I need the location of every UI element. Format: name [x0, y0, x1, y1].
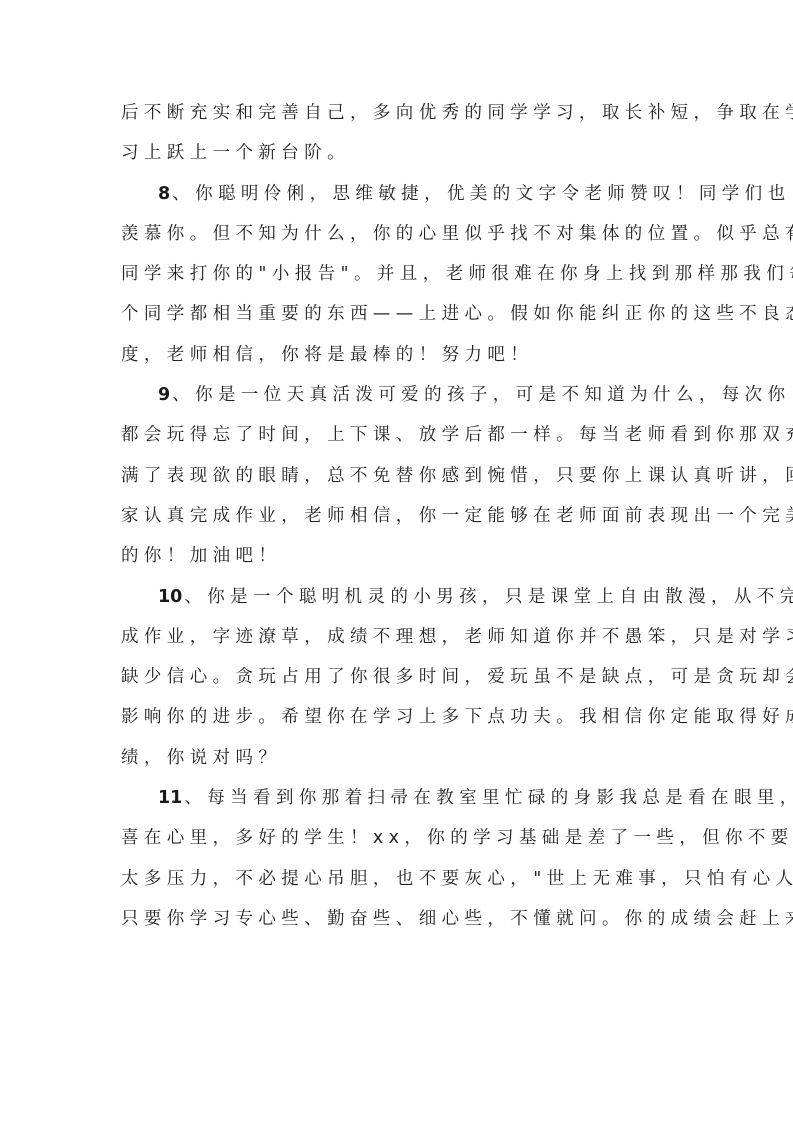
text-span: 、每当看到你那着扫帚在教室里忙碌的身影我总是看在眼里， — [184, 788, 793, 808]
text-line: 羡慕你。但不知为什么，你的心里似乎找不对集体的位置。似乎总有 — [121, 214, 681, 254]
paragraph-number: 9 — [158, 385, 170, 405]
text-line: 习上跃上一个新台阶。 — [121, 133, 681, 173]
comment-paragraph-11: 11、每当看到你那着扫帚在教室里忙碌的身影我总是看在眼里， 喜在心里，多好的学生… — [121, 778, 681, 939]
text-span: 、你是一个聪明机灵的小男孩，只是课堂上自由散漫，从不完 — [184, 587, 793, 607]
comment-paragraph-8: 8、你聪明伶俐，思维敏捷，优美的文字令老师赞叹！同学们也 羡慕你。但不知为什么，… — [121, 174, 681, 375]
text-line: 10、你是一个聪明机灵的小男孩，只是课堂上自由散漫，从不完 — [121, 577, 681, 617]
text-line: 都会玩得忘了时间，上下课、放学后都一样。每当老师看到你那双充 — [121, 415, 681, 455]
text-line: 影响你的进步。希望你在学习上多下点功夫。我相信你定能取得好成 — [121, 697, 681, 737]
text-line: 满了表现欲的眼睛，总不免替你感到惋惜，只要你上课认真听讲，回 — [121, 456, 681, 496]
document-page: 后不断充实和完善自己，多向优秀的同学学习，取长补短，争取在学 习上跃上一个新台阶… — [0, 0, 793, 1122]
text-line: 的你！加油吧！ — [121, 536, 681, 576]
text-line: 绩，你说对吗？ — [121, 738, 681, 778]
comment-paragraph-9: 9、你是一位天真活泼可爱的孩子，可是不知道为什么，每次你 都会玩得忘了时间，上下… — [121, 375, 681, 576]
text-line: 同学来打你的"小报告"。并且，老师很难在你身上找到那样那我们每 — [121, 254, 681, 294]
text-line: 太多压力，不必提心吊胆，也不要灰心，"世上无难事，只怕有心人"， — [121, 859, 681, 899]
text-line: 缺少信心。贪玩占用了你很多时间，爱玩虽不是缺点，可是贪玩却会 — [121, 657, 681, 697]
paragraph-number: 11 — [158, 788, 182, 808]
text-line: 个同学都相当重要的东西——上进心。假如你能纠正你的这些不良态 — [121, 294, 681, 334]
paragraph-number: 10 — [158, 587, 182, 607]
text-line: 9、你是一位天真活泼可爱的孩子，可是不知道为什么，每次你 — [121, 375, 681, 415]
text-line: 后不断充实和完善自己，多向优秀的同学学习，取长补短，争取在学 — [121, 93, 681, 133]
text-span: 、你是一位天真活泼可爱的孩子，可是不知道为什么，每次你 — [172, 385, 790, 405]
text-line: 喜在心里，多好的学生！xx，你的学习基础是差了一些，但你不要有 — [121, 818, 681, 858]
text-line: 8、你聪明伶俐，思维敏捷，优美的文字令老师赞叹！同学们也 — [121, 174, 681, 214]
paragraph-number: 8 — [158, 184, 170, 204]
paragraph-continuation: 后不断充实和完善自己，多向优秀的同学学习，取长补短，争取在学 习上跃上一个新台阶… — [121, 93, 681, 174]
text-span: 、你聪明伶俐，思维敏捷，优美的文字令老师赞叹！同学们也 — [172, 184, 790, 204]
document-body: 后不断充实和完善自己，多向优秀的同学学习，取长补短，争取在学 习上跃上一个新台阶… — [121, 93, 681, 939]
comment-paragraph-10: 10、你是一个聪明机灵的小男孩，只是课堂上自由散漫，从不完 成作业，字迹潦草，成… — [121, 577, 681, 778]
text-line: 只要你学习专心些、勤奋些、细心些，不懂就问。你的成绩会赶上来 — [121, 899, 681, 939]
text-line: 成作业，字迹潦草，成绩不理想，老师知道你并不愚笨，只是对学习 — [121, 617, 681, 657]
text-line: 11、每当看到你那着扫帚在教室里忙碌的身影我总是看在眼里， — [121, 778, 681, 818]
text-line: 家认真完成作业，老师相信，你一定能够在老师面前表现出一个完美 — [121, 496, 681, 536]
text-line: 度，老师相信，你将是最棒的！努力吧！ — [121, 335, 681, 375]
